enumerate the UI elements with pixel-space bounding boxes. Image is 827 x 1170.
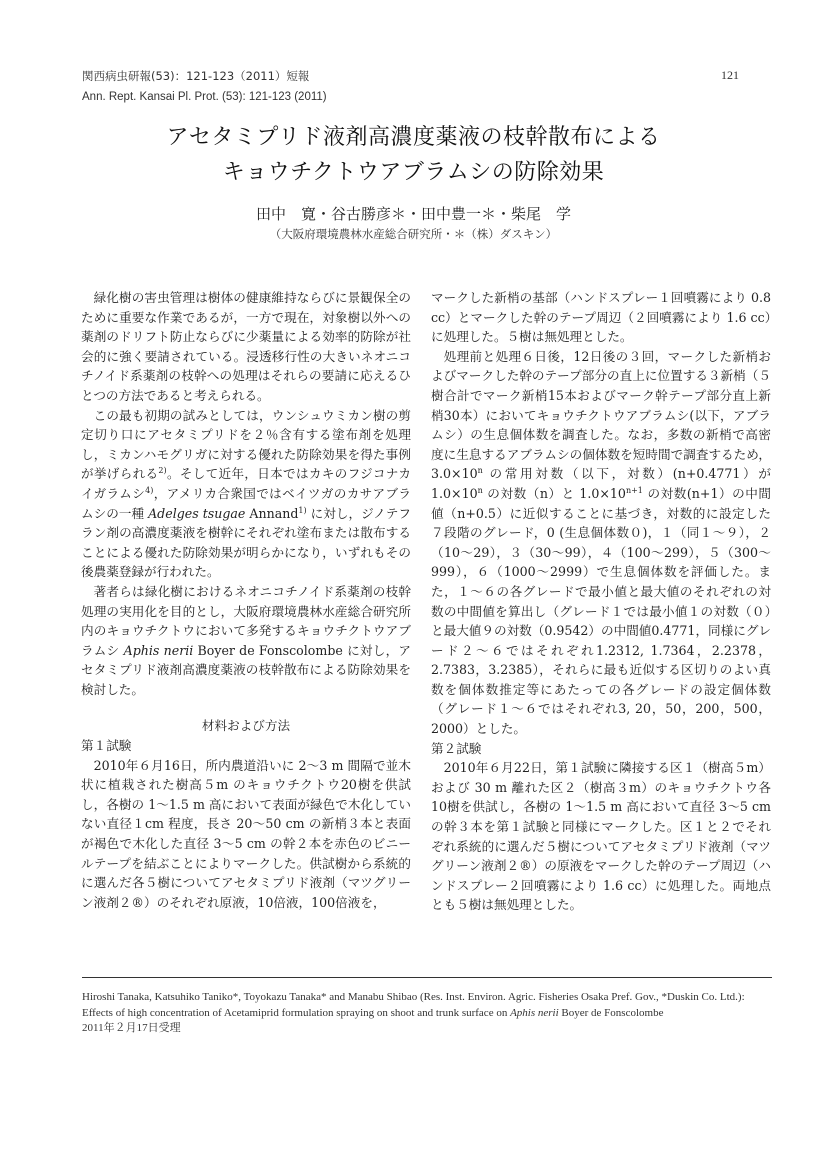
species-name: Aphis nerii [124, 643, 194, 658]
left-column: 緑化樹の害虫管理は樹体の健康維持ならびに景観保全のために重要な作業であるが，一方… [81, 288, 411, 912]
title-line-2: キョウチクトウアブラムシの防除効果 [0, 155, 827, 190]
article-title: アセタミプリド液剤高濃度薬液の枝幹散布による キョウチクトウアブラムシの防除効果 [0, 120, 827, 190]
reference-marker: 1) [298, 505, 306, 514]
title-line-1: アセタミプリド液剤高濃度薬液の枝幹散布による [0, 120, 827, 155]
species-name: Adelges tsugae [148, 506, 245, 521]
subheading-trial-1: 第１試験 [81, 736, 411, 756]
intro-paragraph-3: 著者らは緑化樹におけるネオニコチノイド系薬剤の枝幹処理の実用化を目的とし，大阪府… [81, 582, 411, 700]
trial-1-paragraph: 2010年６月16日，所内農道沿いに 2〜3 m 間隔で並木状に植栽された樹高５… [81, 756, 411, 913]
affiliation: （大阪府環境農林水産総合研究所・＊（株）ダスキン） [0, 226, 827, 242]
journal-citation-en: Ann. Rept. Kansai Pl. Prot. (53): 121-12… [82, 91, 327, 103]
footnote-divider [82, 977, 772, 978]
footnote: Hiroshi Tanaka, Katsuhiko Taniko*, Toyok… [82, 990, 777, 1037]
species-name: Aphis nerii [510, 1007, 559, 1019]
reference-marker: 2) [158, 466, 166, 475]
authors: 田中 寛・谷古勝彦＊・田中豊一＊・柴尾 学 [0, 203, 827, 224]
page-number: 121 [721, 68, 739, 83]
intro-paragraph-1: 緑化樹の害虫管理は樹体の健康維持ならびに景観保全のために重要な作業であるが，一方… [81, 288, 411, 406]
english-citation: Hiroshi Tanaka, Katsuhiko Taniko*, Toyok… [82, 990, 777, 1021]
journal-citation-jp: 関西病虫研報(53)：121-123（2011）短報 [82, 68, 309, 84]
intro-paragraph-2: この最も初期の試みとしては，ウンシュウミカン樹の剪定切り口にアセタミプリドを２％… [81, 406, 411, 582]
right-column: マークした新梢の基部（ハンドスプレー１回噴霧により 0.8 cc）とマークした幹… [431, 288, 771, 915]
trial-2-paragraph: 2010年６月22日，第１試験に隣接する区１（樹高５m）および 30 m 離れた… [431, 758, 771, 915]
trial-1-continued: マークした新梢の基部（ハンドスプレー１回噴霧により 0.8 cc）とマークした幹… [431, 288, 771, 347]
survey-method-paragraph: 処理前と処理６日後，12日後の３回，マークした新梢およびマークした幹のテープ部分… [431, 347, 771, 739]
received-date: 2011年２月17日受理 [82, 1021, 777, 1037]
section-heading-methods: 材料および方法 [81, 716, 411, 736]
subheading-trial-2: 第２試験 [431, 739, 771, 759]
